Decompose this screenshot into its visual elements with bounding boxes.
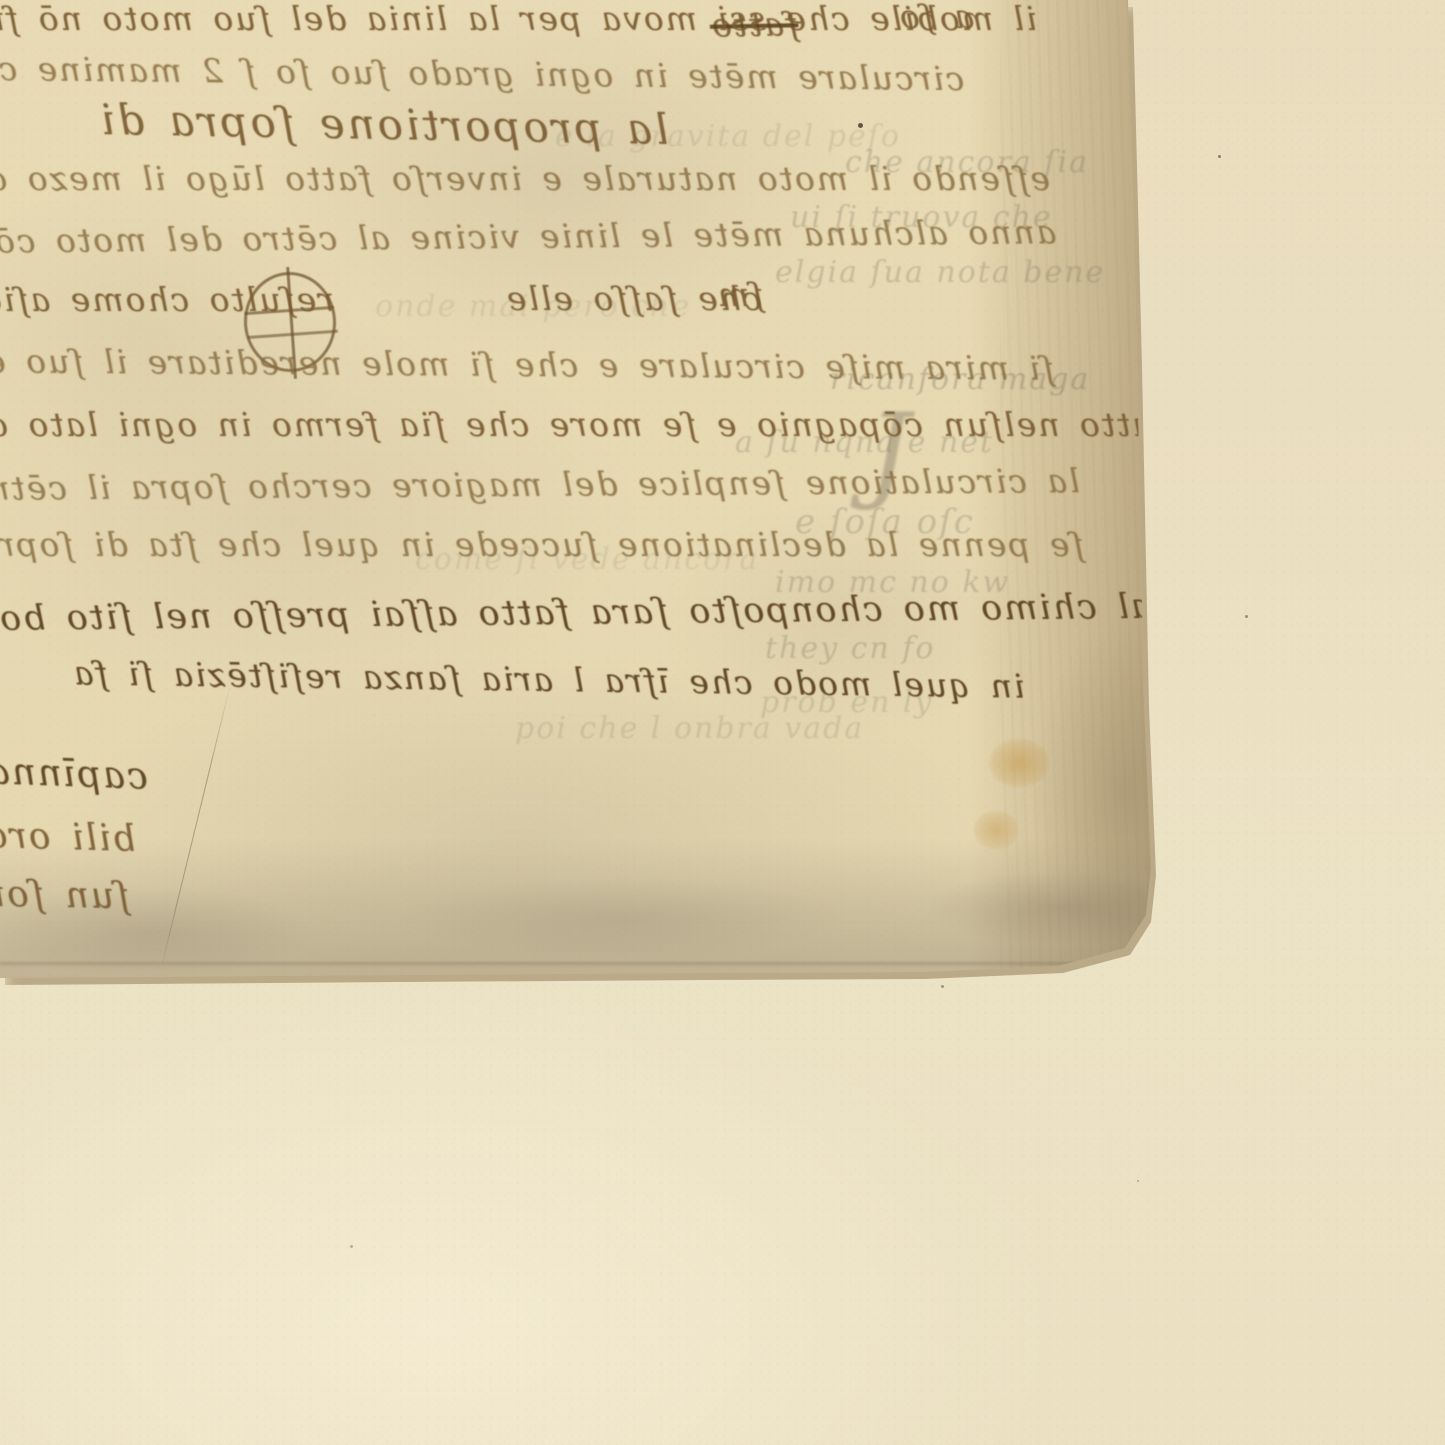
ink-line-1: il mobile che ssi mova per la linia del … <box>0 2 1037 35</box>
show-through-line: they cn fo <box>765 634 935 664</box>
ink-line-6-left: reſulto chome aſio <box>0 283 334 316</box>
show-through-line: poi che l onbra vada <box>515 714 864 744</box>
manuscript-photograph: { "document": { "type": "manuscript page… <box>0 0 1445 1445</box>
manuscript-page: e la gravita del peſo che ancora ſia ui … <box>0 0 1445 1445</box>
paper-speck <box>1137 1180 1139 1182</box>
ink-line-4: eſſendo il moto naturale e inverſo fatto… <box>0 162 1050 195</box>
orange-stain <box>988 738 1050 788</box>
orange-stain <box>973 810 1019 850</box>
ink-line-9: la circulatione ſenplice del magiore cer… <box>0 464 1080 505</box>
ink-speck <box>858 123 863 128</box>
ink-line-7: ſi mira miſe circulare e che ſi mole ner… <box>0 344 1054 385</box>
margin-word-2: bili oro <box>0 818 136 858</box>
show-through-line: elgia ſua nota bene <box>775 258 1105 288</box>
ink-line-3: la proportione ſopra di <box>98 99 669 151</box>
page-bottom-rim <box>0 962 1160 967</box>
paper-speck <box>941 985 944 988</box>
paper-speck <box>1218 155 1221 158</box>
ink-line-6-mid: che ſaſſo elle <box>505 282 762 315</box>
ink-line-2: circulare mēte in ogni grado ſuo ſo ſ 2 … <box>0 52 964 95</box>
margin-word-1: capīnna <box>0 752 149 795</box>
ink-line-10: ſe penne la declinatione ſuccede in quel… <box>0 528 1084 561</box>
paper-speck <box>1245 615 1248 618</box>
paper-speck <box>350 1245 353 1248</box>
margin-word-3: ſun ſor <box>0 877 130 915</box>
ink-line-5: anno alchuna mēte le linie vicine al cēt… <box>0 215 1056 257</box>
ink-line-8: fatto nelſun cōpagnio e ſe more che ſia … <box>0 408 1166 441</box>
